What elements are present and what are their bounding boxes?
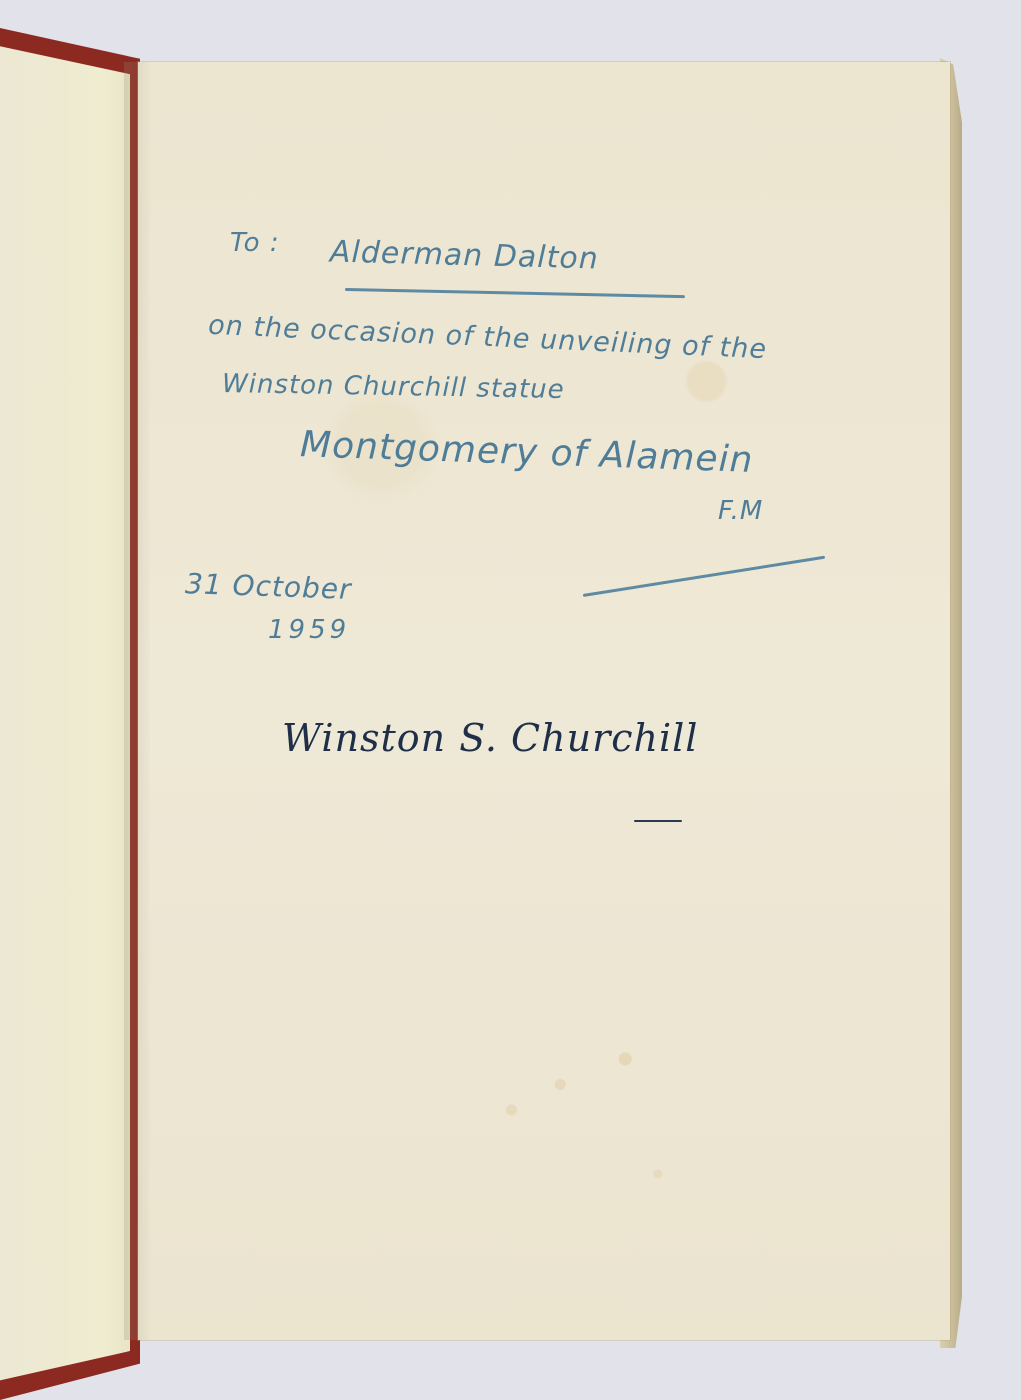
inscription-year: 1959 bbox=[268, 615, 350, 645]
front-pastedown bbox=[0, 0, 130, 1400]
churchill-signature: Winston S. Churchill bbox=[282, 716, 698, 760]
inscription-to-label: To : bbox=[230, 228, 280, 258]
inscription-date: 31 October bbox=[184, 567, 352, 606]
field-marshal-title: F.M bbox=[718, 496, 763, 526]
book-photo: To : Alderman Dalton on the occasion of … bbox=[0, 0, 1021, 1400]
inscription-recipient: Alderman Dalton bbox=[330, 234, 600, 276]
churchill-underline-dash bbox=[634, 820, 682, 822]
inscription-line-2: Winston Churchill statue bbox=[222, 369, 565, 405]
gutter-shadow bbox=[124, 62, 150, 1340]
